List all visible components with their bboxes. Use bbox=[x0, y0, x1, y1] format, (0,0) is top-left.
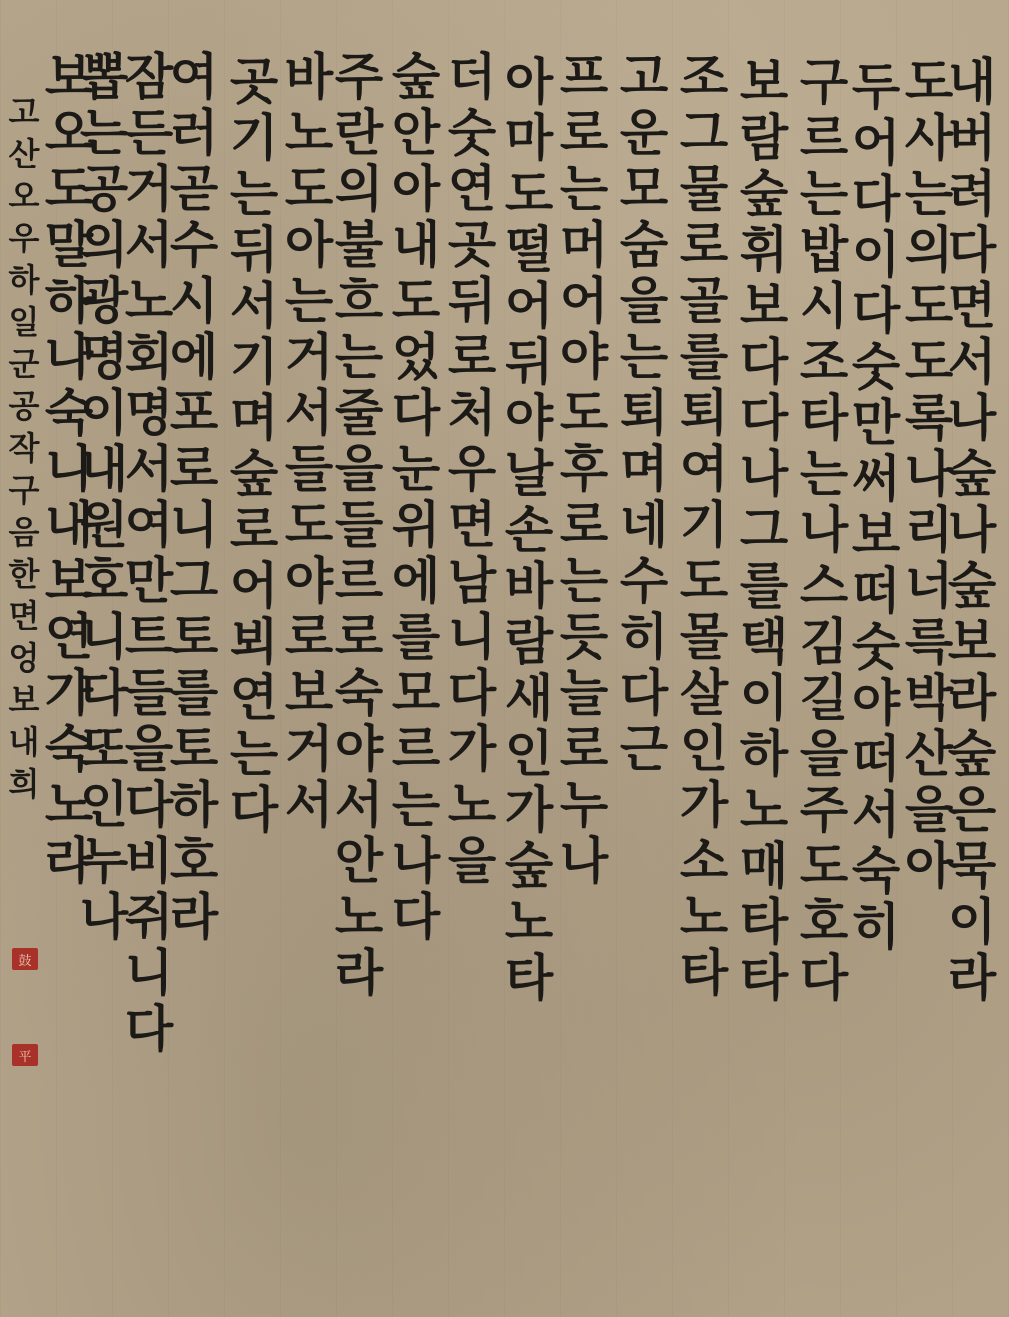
calligraphy-column: 보람숲휘보다다나그를택이하노매타타 bbox=[735, 55, 785, 1007]
calligraphy-column: 아마도떨어뒤야날손바람새인가숲노타 bbox=[500, 55, 550, 1007]
calligraphy-column: 더숫연곳뒤로처우면남니다가노을 bbox=[443, 50, 493, 890]
calligraphy-column: 두어다이다숫만써보떠숫야떠서숙히 bbox=[847, 60, 897, 956]
calligraphy-column: 숲안아내도었다눈위에를모르는나다 bbox=[387, 50, 437, 946]
calligraphy-paper: 내버려다면서나숲나숲보라숲은묵이라도사는의도도록나리너륵박산을아두어다이다숫만써… bbox=[0, 0, 1009, 1317]
red-seal-stamp: 平 bbox=[12, 1044, 38, 1066]
calligraphy-column: 보오도말하나숙니내보연가숙노라 bbox=[40, 50, 90, 890]
calligraphy-column: 고운모숨을는퇴며네수히다근 bbox=[615, 50, 665, 778]
calligraphy-column: 조그물로골를퇴여기도몰살인가소노타 bbox=[675, 50, 725, 1002]
calligraphy-column: 도사는의도도록나리너륵박산을아 bbox=[900, 55, 950, 895]
calligraphy-column: 프로는머어야도후로는듯늘로누나 bbox=[555, 50, 605, 890]
calligraphy-column: 주란의불흐는줄을들르로숙야서안노라 bbox=[330, 50, 380, 1002]
calligraphy-column: 곳기는뒤서기며숲로어뵈연는다 bbox=[225, 55, 275, 839]
red-seal-stamp: 鼓 bbox=[12, 948, 38, 970]
calligraphy-column: 구르는밥시조타는나스김길을주도호다 bbox=[795, 55, 845, 1007]
inscription-column: 고산오우하일군공작구음한면엉보내희 bbox=[6, 95, 38, 809]
calligraphy-column: 바노도아는거서들도야로보거서 bbox=[280, 50, 330, 834]
